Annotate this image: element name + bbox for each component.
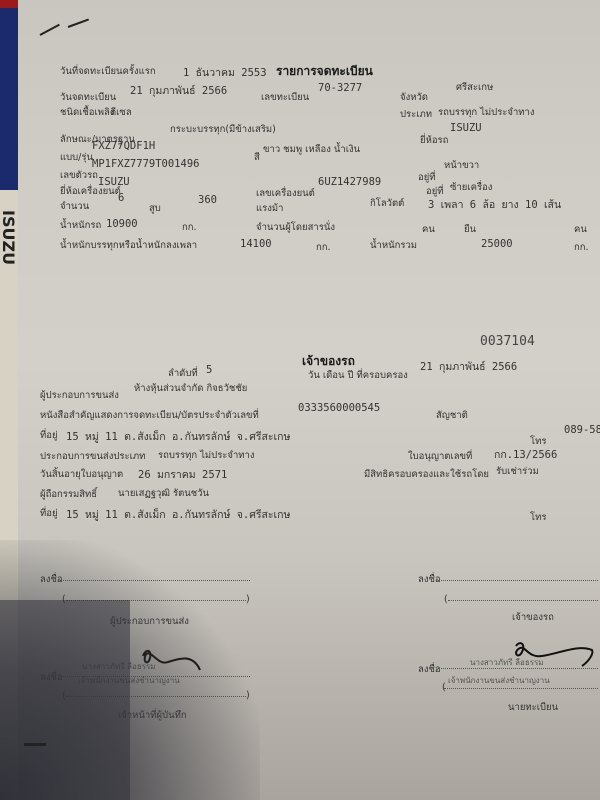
sequence-number: 5 xyxy=(206,364,212,376)
color: ขาว ชมพู เหลือง น้ำเงิน xyxy=(263,142,360,157)
registrar-name-line xyxy=(444,688,598,689)
brand-label: ยี่ห้อรถ xyxy=(420,133,448,148)
chassis-location-label: อยู่ที่ xyxy=(418,170,436,185)
kilowatt-label: กิโลวัตต์ xyxy=(370,196,404,211)
chassis-number: MP1FXZ7779T001496 xyxy=(92,158,199,170)
paren-open: ( xyxy=(444,594,448,605)
possession-date: 21 กุมภาพันธ์ 2566 xyxy=(420,358,517,375)
right-of-use-label: มีสิทธิครอบครองและใช้รถโดย xyxy=(364,467,489,482)
owner-name-line xyxy=(448,600,598,601)
plate-label: เลขทะเบียน xyxy=(261,90,309,105)
shadow-overlay xyxy=(0,600,130,800)
fuel: ดีเซล xyxy=(110,105,132,120)
id-label: หนังสือสำคัญแสดงการจดทะเบียน/บัตรประจำตั… xyxy=(40,408,259,423)
id-number: 0333560000545 xyxy=(298,402,380,414)
license-expiry: 26 มกราคม 2571 xyxy=(138,466,227,483)
owner-sign-line xyxy=(438,580,598,581)
document-number-partial: 0037104 xyxy=(480,334,535,349)
holder-label: ผู้ถือกรรมสิทธิ์ xyxy=(40,487,97,502)
province: ศรีสะเกษ xyxy=(456,80,493,95)
weight-label: น้ำหนักรถ xyxy=(60,218,101,233)
operator-label: ผู้ประกอบการขนส่ง xyxy=(40,388,119,403)
chassis-label: เลขตัวรถ xyxy=(60,168,98,183)
engine-number-label: เลขเครื่องยนต์ xyxy=(256,186,315,201)
operator-name: ห้างหุ้นส่วนจำกัด กิจธวัชชัย xyxy=(134,381,247,396)
chassis-location: หน้าขวา xyxy=(444,158,479,173)
address: 15 หมู่ 11 ต.สังเม็ก อ.กันทรลักษ์ จ.ศรีส… xyxy=(66,428,290,445)
weight-unit: กก. xyxy=(182,220,197,235)
standing-persons-unit: คน xyxy=(574,222,587,237)
cylinder-count-label: จำนวน xyxy=(60,199,89,214)
business-type-label: ประกอบการขนส่งประเภท xyxy=(40,449,145,464)
first-reg-date: 1 ธันวาคม 2553 xyxy=(183,64,267,81)
address-label: ที่อยู่ xyxy=(40,428,58,443)
business-type: รถบรรทุก ไม่ประจำทาง xyxy=(158,448,255,463)
horsepower: 360 xyxy=(198,194,217,206)
reg-date-label: วันจดทะเบียน xyxy=(60,90,116,105)
seated-persons-unit: คน xyxy=(422,222,435,237)
pen-mark xyxy=(40,24,60,36)
document-title: รายการจดทะเบียน xyxy=(276,62,373,81)
license-number: กก.13/2566 xyxy=(494,446,557,463)
axles-wheels-tires: 3 เพลา 6 ล้อ ยาง 10 เส้น xyxy=(428,196,561,213)
type-label: ประเภท xyxy=(400,107,432,122)
registrar-sign-label: ลงชื่อ xyxy=(418,662,441,677)
province-label: จังหวัด xyxy=(400,90,428,105)
cylinder-unit: สูบ xyxy=(149,201,161,216)
phone-number: 089-5844 xyxy=(564,424,600,436)
brand: ISUZU xyxy=(450,122,482,134)
pen-mark xyxy=(68,19,89,28)
engine-number: 6UZ1427989 xyxy=(318,176,381,188)
license-expiry-label: วันสิ้นอายุใบอนุญาต xyxy=(40,467,123,482)
pen-mark xyxy=(24,743,46,746)
fuel-label: ชนิดเชื้อเพลิง xyxy=(60,105,114,120)
model-label: แบบ/รุ่น xyxy=(60,150,93,165)
load-label: น้ำหนักบรรทุกหรือน้ำหนักลงเพลา xyxy=(60,238,197,253)
character: กระบะบรรทุก(มีข้างเสริม) xyxy=(170,122,276,137)
sequence-label: ลำดับที่ xyxy=(168,366,198,381)
total-weight: 25000 xyxy=(481,238,513,250)
paren-open: ( xyxy=(442,682,446,693)
vehicle-type: รถบรรทุก ไม่ประจำทาง xyxy=(438,105,535,120)
reg-date: 21 กุมภาพันธ์ 2566 xyxy=(130,82,227,99)
nationality-label: สัญชาติ xyxy=(436,408,468,423)
address2: 15 หมู่ 11 ต.สังเม็ก อ.กันทรลักษ์ จ.ศรีส… xyxy=(66,506,290,523)
edge-stripe-text: ISUZU xyxy=(0,210,18,350)
passengers-label: จำนวนผู้โดยสารนั่ง xyxy=(256,220,335,235)
red-cover-strip xyxy=(0,0,18,8)
model: FXZ77QDF1H xyxy=(92,140,155,152)
total-weight-unit: กก. xyxy=(574,240,589,255)
license-label: ใบอนุญาตเลขที่ xyxy=(408,449,472,464)
cylinder-count: 6 xyxy=(118,192,124,204)
standing-label: ยืน xyxy=(464,222,476,237)
load-unit: กก. xyxy=(316,240,331,255)
load-weight: 14100 xyxy=(240,238,272,250)
engine-brand-label: ยี่ห้อเครื่องยนต์ xyxy=(60,184,121,199)
color-label: สี xyxy=(254,150,260,165)
registrar-role: นายทะเบียน xyxy=(508,700,558,715)
engine-location: ซ้ายเครื่อง xyxy=(450,180,492,195)
owner-role: เจ้าของรถ xyxy=(512,610,554,625)
registrar-position: เจ้าพนักงานขนส่งชำนาญงาน xyxy=(448,674,550,687)
registrar-signature-scribble xyxy=(508,640,598,670)
horsepower-label: แรงม้า xyxy=(256,201,283,216)
first-reg-date-label: วันที่จดทะเบียนครั้งแรก xyxy=(60,64,156,79)
vehicle-weight: 10900 xyxy=(106,218,138,230)
holder-name: นายเสฏฐวุฒิ รัตนชวัน xyxy=(118,486,209,501)
plate-number: 70-3277 xyxy=(318,82,362,94)
phone2-label: โทร xyxy=(530,510,546,525)
possession-date-label: วัน เดือน ปี ที่ครอบครอง xyxy=(308,368,408,383)
right-of-use: รับเช่าร่วม xyxy=(496,464,539,479)
address2-label: ที่อยู่ xyxy=(40,506,58,521)
blue-cover-strip xyxy=(0,0,18,190)
total-weight-label: น้ำหนักรวม xyxy=(370,238,417,253)
